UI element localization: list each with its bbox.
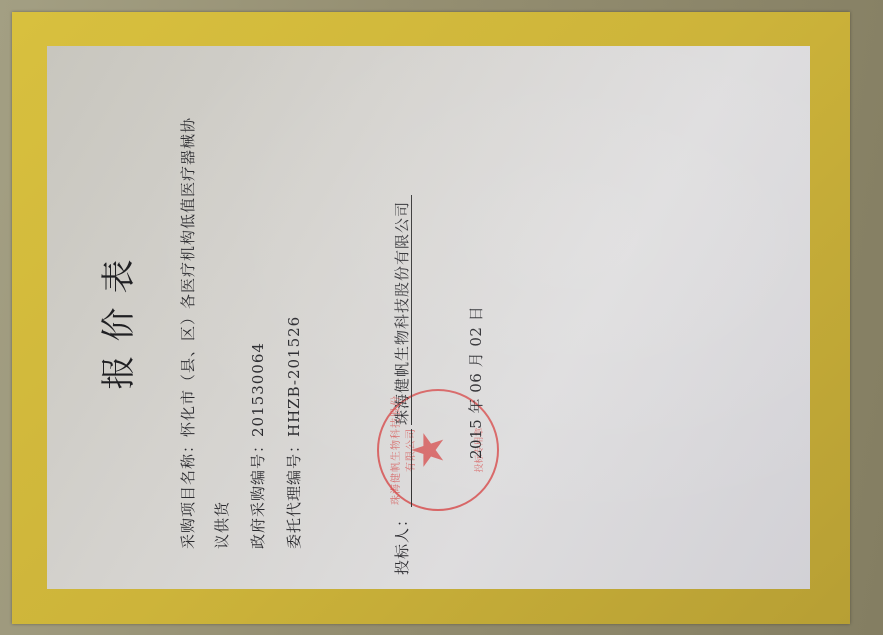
document-title: 报价表 (91, 46, 140, 589)
agency-number-value: HHZB-201526 (285, 316, 303, 437)
agency-number-label: 委托代理编号： (285, 437, 303, 549)
project-name-continuation: 议供货 (211, 501, 232, 549)
bidder-label: 投标人： (393, 511, 411, 575)
bidder-underline (411, 429, 412, 507)
project-name-value: 怀化市（县、区）各医疗机构低值医疗器械协 (179, 117, 197, 437)
project-name-label: 采购项目名称： (179, 437, 197, 549)
seal-star-icon: ★ (407, 391, 451, 509)
bidder-line: 投标人：珠海健帆生物科技股份有限公司 (391, 195, 412, 575)
bidder-company-name: 珠海健帆生物科技股份有限公司 (393, 195, 412, 425)
gov-purchase-number-line: 政府采购编号：201530064 (247, 342, 268, 549)
project-name-line: 采购项目名称：怀化市（县、区）各医疗机构低值医疗器械协 (177, 117, 198, 549)
agency-number-line: 委托代理编号：HHZB-201526 (283, 316, 304, 549)
quotation-sheet: 报价表 采购项目名称：怀化市（县、区）各医疗机构低值医疗器械协 议供货 政府采购… (47, 46, 810, 589)
rotated-document: 报价表 采购项目名称：怀化市（县、区）各医疗机构低值医疗器械协 议供货 政府采购… (47, 46, 810, 589)
gov-purchase-number-label: 政府采购编号： (249, 437, 267, 549)
document-date: 2015 年 06 月 02 日 (465, 306, 486, 459)
gov-purchase-number-value: 201530064 (249, 342, 267, 437)
